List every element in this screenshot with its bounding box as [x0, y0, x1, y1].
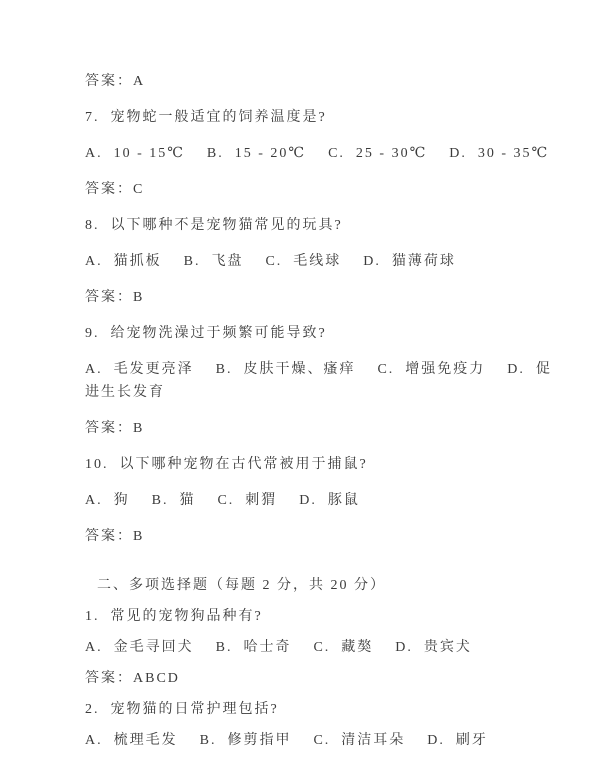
options-line: A. 猫抓板 B. 飞盘 C. 毛线球 D. 猫薄荷球 — [85, 250, 565, 273]
question-line: 2. 宠物猫的日常护理包括? — [85, 698, 517, 721]
answer-line: 答案：B — [85, 417, 517, 440]
options-line: A. 梳理毛发 B. 修剪指甲 C. 清洁耳朵 D. 刷牙 — [85, 729, 565, 752]
document-content: 答案：A7. 宠物蛇一般适宜的饲养温度是?A. 10 - 15℃ B. 15 -… — [85, 70, 517, 760]
question-line: 1. 常见的宠物狗品种有? — [85, 605, 517, 628]
question-line: 8. 以下哪种不是宠物猫常见的玩具? — [85, 214, 517, 237]
answer-line: 答案：C — [85, 178, 517, 201]
answer-line: 答案：A — [85, 70, 517, 93]
document-page: 答案：A7. 宠物蛇一般适宜的饲养温度是?A. 10 - 15℃ B. 15 -… — [0, 0, 600, 776]
options-line: A. 金毛寻回犬 B. 哈士奇 C. 藏獒 D. 贵宾犬 — [85, 636, 565, 659]
options-line: A. 狗 B. 猫 C. 刺猬 D. 豚鼠 — [85, 489, 565, 512]
answer-line: 答案：ABCD — [85, 667, 517, 690]
question-line: 7. 宠物蛇一般适宜的饲养温度是? — [85, 106, 517, 129]
options-line: A. 10 - 15℃ B. 15 - 20℃ C. 25 - 30℃ D. 3… — [85, 142, 565, 165]
question-line: 10. 以下哪种宠物在古代常被用于捕鼠? — [85, 453, 517, 476]
options-line: A. 毛发更亮泽 B. 皮肤干燥、瘙痒 C. 增强免疫力 D. 促进生长发育 — [85, 358, 565, 404]
answer-line: 答案：B — [85, 525, 517, 548]
answer-line: 答案：B — [85, 286, 517, 309]
section-heading: 二、多项选择题（每题 2 分，共 20 分） — [85, 574, 517, 597]
question-line: 9. 给宠物洗澡过于频繁可能导致? — [85, 322, 517, 345]
